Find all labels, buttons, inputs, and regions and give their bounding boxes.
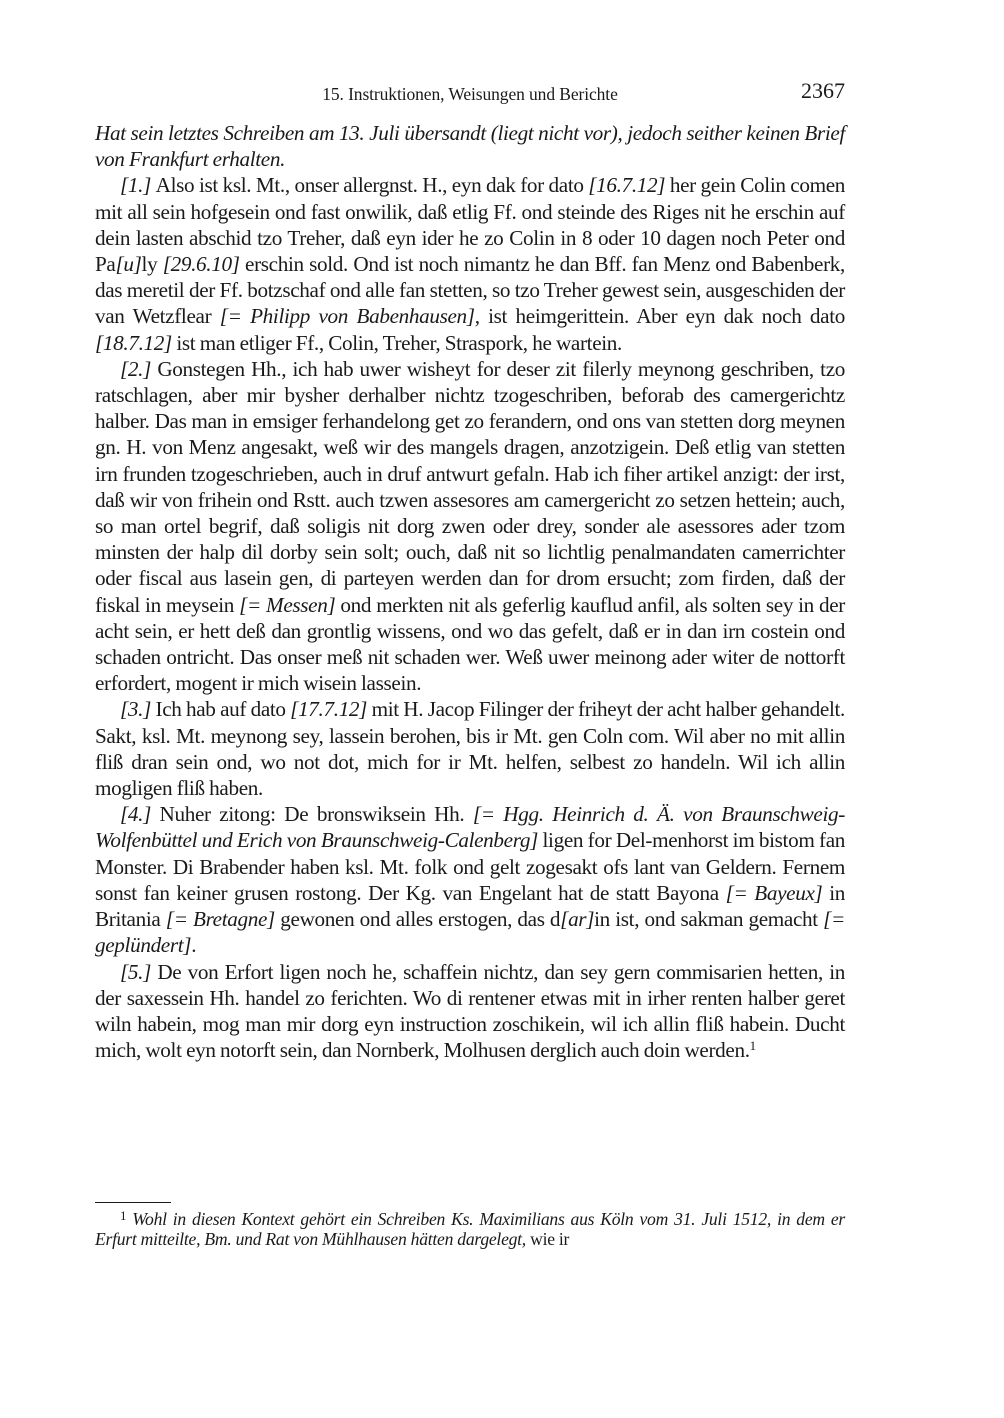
running-title: 15. Instruktionen, Weisungen und Bericht… — [95, 84, 845, 105]
source-text: ly — [142, 252, 163, 276]
paragraph-5: [5.] De von Erfort ligen noch he, schaff… — [95, 959, 845, 1064]
page-number: 2367 — [801, 78, 845, 104]
footnote-1: 1Wohl in diesen Kontext gehört ein Schre… — [95, 1206, 845, 1249]
footnote-separator — [95, 1202, 171, 1203]
source-text: , ist heimgerittein. Aber eyn dak noch d… — [475, 304, 845, 328]
editorial-note: [17.7.12] — [290, 697, 367, 721]
source-text: in ist, ond sakman gemacht — [594, 907, 823, 931]
editorial-note: [18.7.12] — [95, 331, 172, 355]
paragraph-marker: [1.] — [120, 173, 156, 197]
editorial-note: [ar] — [560, 907, 594, 931]
source-text: Also ist ksl. Mt., onser allergnst. H., … — [156, 173, 589, 197]
editorial-note: [= Bretagne] — [166, 907, 275, 931]
source-text: Nuher zitong: De bronswiksein Hh. — [160, 802, 473, 826]
paragraph-marker: [4.] — [120, 802, 160, 826]
editorial-note: [29.6.10] — [163, 252, 240, 276]
source-text: Gonstegen Hh., ich hab uwer wisheyt for … — [95, 357, 845, 617]
running-header: 15. Instruktionen, Weisungen und Bericht… — [95, 78, 845, 108]
paragraph-1: [1.] Also ist ksl. Mt., onser allergnst.… — [95, 172, 845, 355]
source-text: . — [191, 933, 196, 957]
footnote-reference[interactable]: 1 — [750, 1038, 756, 1053]
editorial-note: [= Philipp von Babenhausen] — [220, 304, 475, 328]
source-text: De von Erfort ligen noch he, schaffein n… — [95, 960, 845, 1063]
editorial-note: [u] — [116, 252, 142, 276]
body-text: Hat sein letztes Schreiben am 13. Juli ü… — [95, 120, 845, 1063]
paragraph-marker: [3.] — [120, 697, 156, 721]
paragraph-2: [2.] Gonstegen Hh., ich hab uwer wisheyt… — [95, 356, 845, 697]
paragraph-3: [3.] Ich hab auf dato [17.7.12] mit H. J… — [95, 696, 845, 801]
footnote-source-text: wie ir — [526, 1229, 569, 1249]
editorial-note: [= Messen] — [239, 593, 335, 617]
footnotes: 1Wohl in diesen Kontext gehört ein Schre… — [95, 1206, 845, 1249]
summary-regest: Hat sein letztes Schreiben am 13. Juli ü… — [95, 120, 845, 172]
source-text: ist man etliger Ff., Colin, Treher, Stra… — [172, 331, 622, 355]
source-text: Ich hab auf dato — [156, 697, 291, 721]
editorial-note: [16.7.12] — [588, 173, 665, 197]
paragraph-4: [4.] Nuher zitong: De bronswiksein Hh. [… — [95, 801, 845, 958]
paragraph-marker: [2.] — [120, 357, 157, 381]
paragraph-marker: [5.] — [120, 960, 157, 984]
source-text: gewonen ond alles erstogen, das d — [275, 907, 560, 931]
footnote-editorial-text: Wohl in diesen Kontext gehört ein Schrei… — [95, 1209, 845, 1249]
footnote-number: 1 — [120, 1208, 126, 1223]
editorial-note: [= Bayeux] — [726, 881, 823, 905]
